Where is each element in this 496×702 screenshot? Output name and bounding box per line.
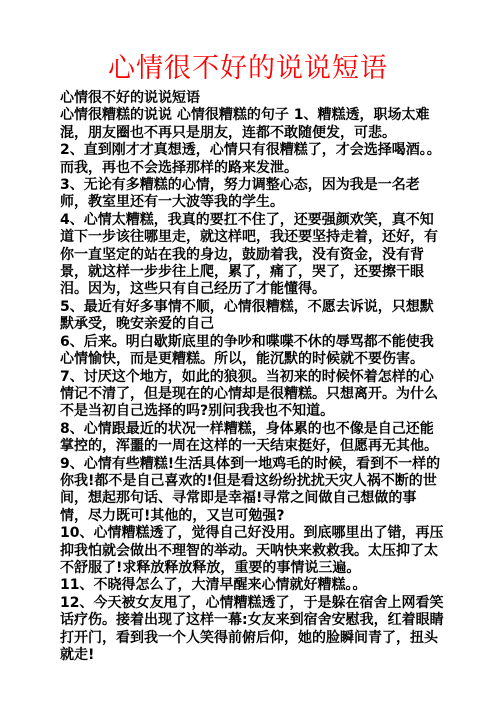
paragraph-item-3: 3、无论有多糟糕的心情，努力调整心态，因为我是一名老师，教室里还有一大波等我的学…: [60, 177, 444, 212]
paragraph-item-7: 7、讨厌这个地方，如此的狼狈。当初来的时候怀着怎样的心情记不清了，但是现在的心情…: [60, 369, 444, 421]
paragraph-item-2: 2、直到刚才才真想透，心情只有很糟糕了，才会选择喝酒。。而我，再也不会选择那样的…: [60, 142, 444, 177]
paragraph-item-9: 9、心情有些糟糕!生活具体到一地鸡毛的时候，看到不一样的你我!都不是自己喜欢的!…: [60, 456, 444, 526]
paragraph-item-6: 6、后来。明白歇斯底里的争吵和喋喋不休的辱骂都不能使我心情愉快，而是更糟糕。所以…: [60, 334, 444, 369]
paragraph-item-8: 8、心情跟最近的状况一样糟糕，身体累的也不像是自己还能掌控的，浑噩的一周在这样的…: [60, 421, 444, 456]
paragraph-item-12: 12、今天被女友甩了，心情糟糕透了，于是躲在宿舍上网看笑话疗伤。接着出现了这样一…: [60, 595, 444, 665]
paragraph-item-1: 心情很糟糕的说说 心情很糟糕的句子 1、糟糕透，职场太难混，朋友圈也不再只是朋友…: [60, 107, 444, 142]
document-page: 心情很不好的说说短语 心情很不好的说说短语 心情很糟糕的说说 心情很糟糕的句子 …: [0, 0, 496, 702]
paragraph-item-10: 10、心情糟糕透了，觉得自己好没用。到底哪里出了错，再压抑我怕就会做出不理智的举…: [60, 525, 444, 577]
paragraph-item-5: 5、最近有好多事情不顺，心情很糟糕，不愿去诉说，只想默默承受，晚安亲爱的自己: [60, 299, 444, 334]
paragraph-item-4: 4、心情太糟糕，我真的要扛不住了，还要强颜欢笑，真不知道下一步该往哪里走，就这样…: [60, 212, 444, 299]
paragraph-item-11: 11、不晓得怎么了，大清早醒来心情就好糟糕。。: [60, 577, 444, 594]
document-body: 心情很不好的说说短语 心情很糟糕的说说 心情很糟糕的句子 1、糟糕透，职场太难混…: [60, 90, 444, 664]
paragraph-heading-repeat: 心情很不好的说说短语: [60, 90, 444, 107]
document-title: 心情很不好的说说短语: [0, 0, 496, 86]
